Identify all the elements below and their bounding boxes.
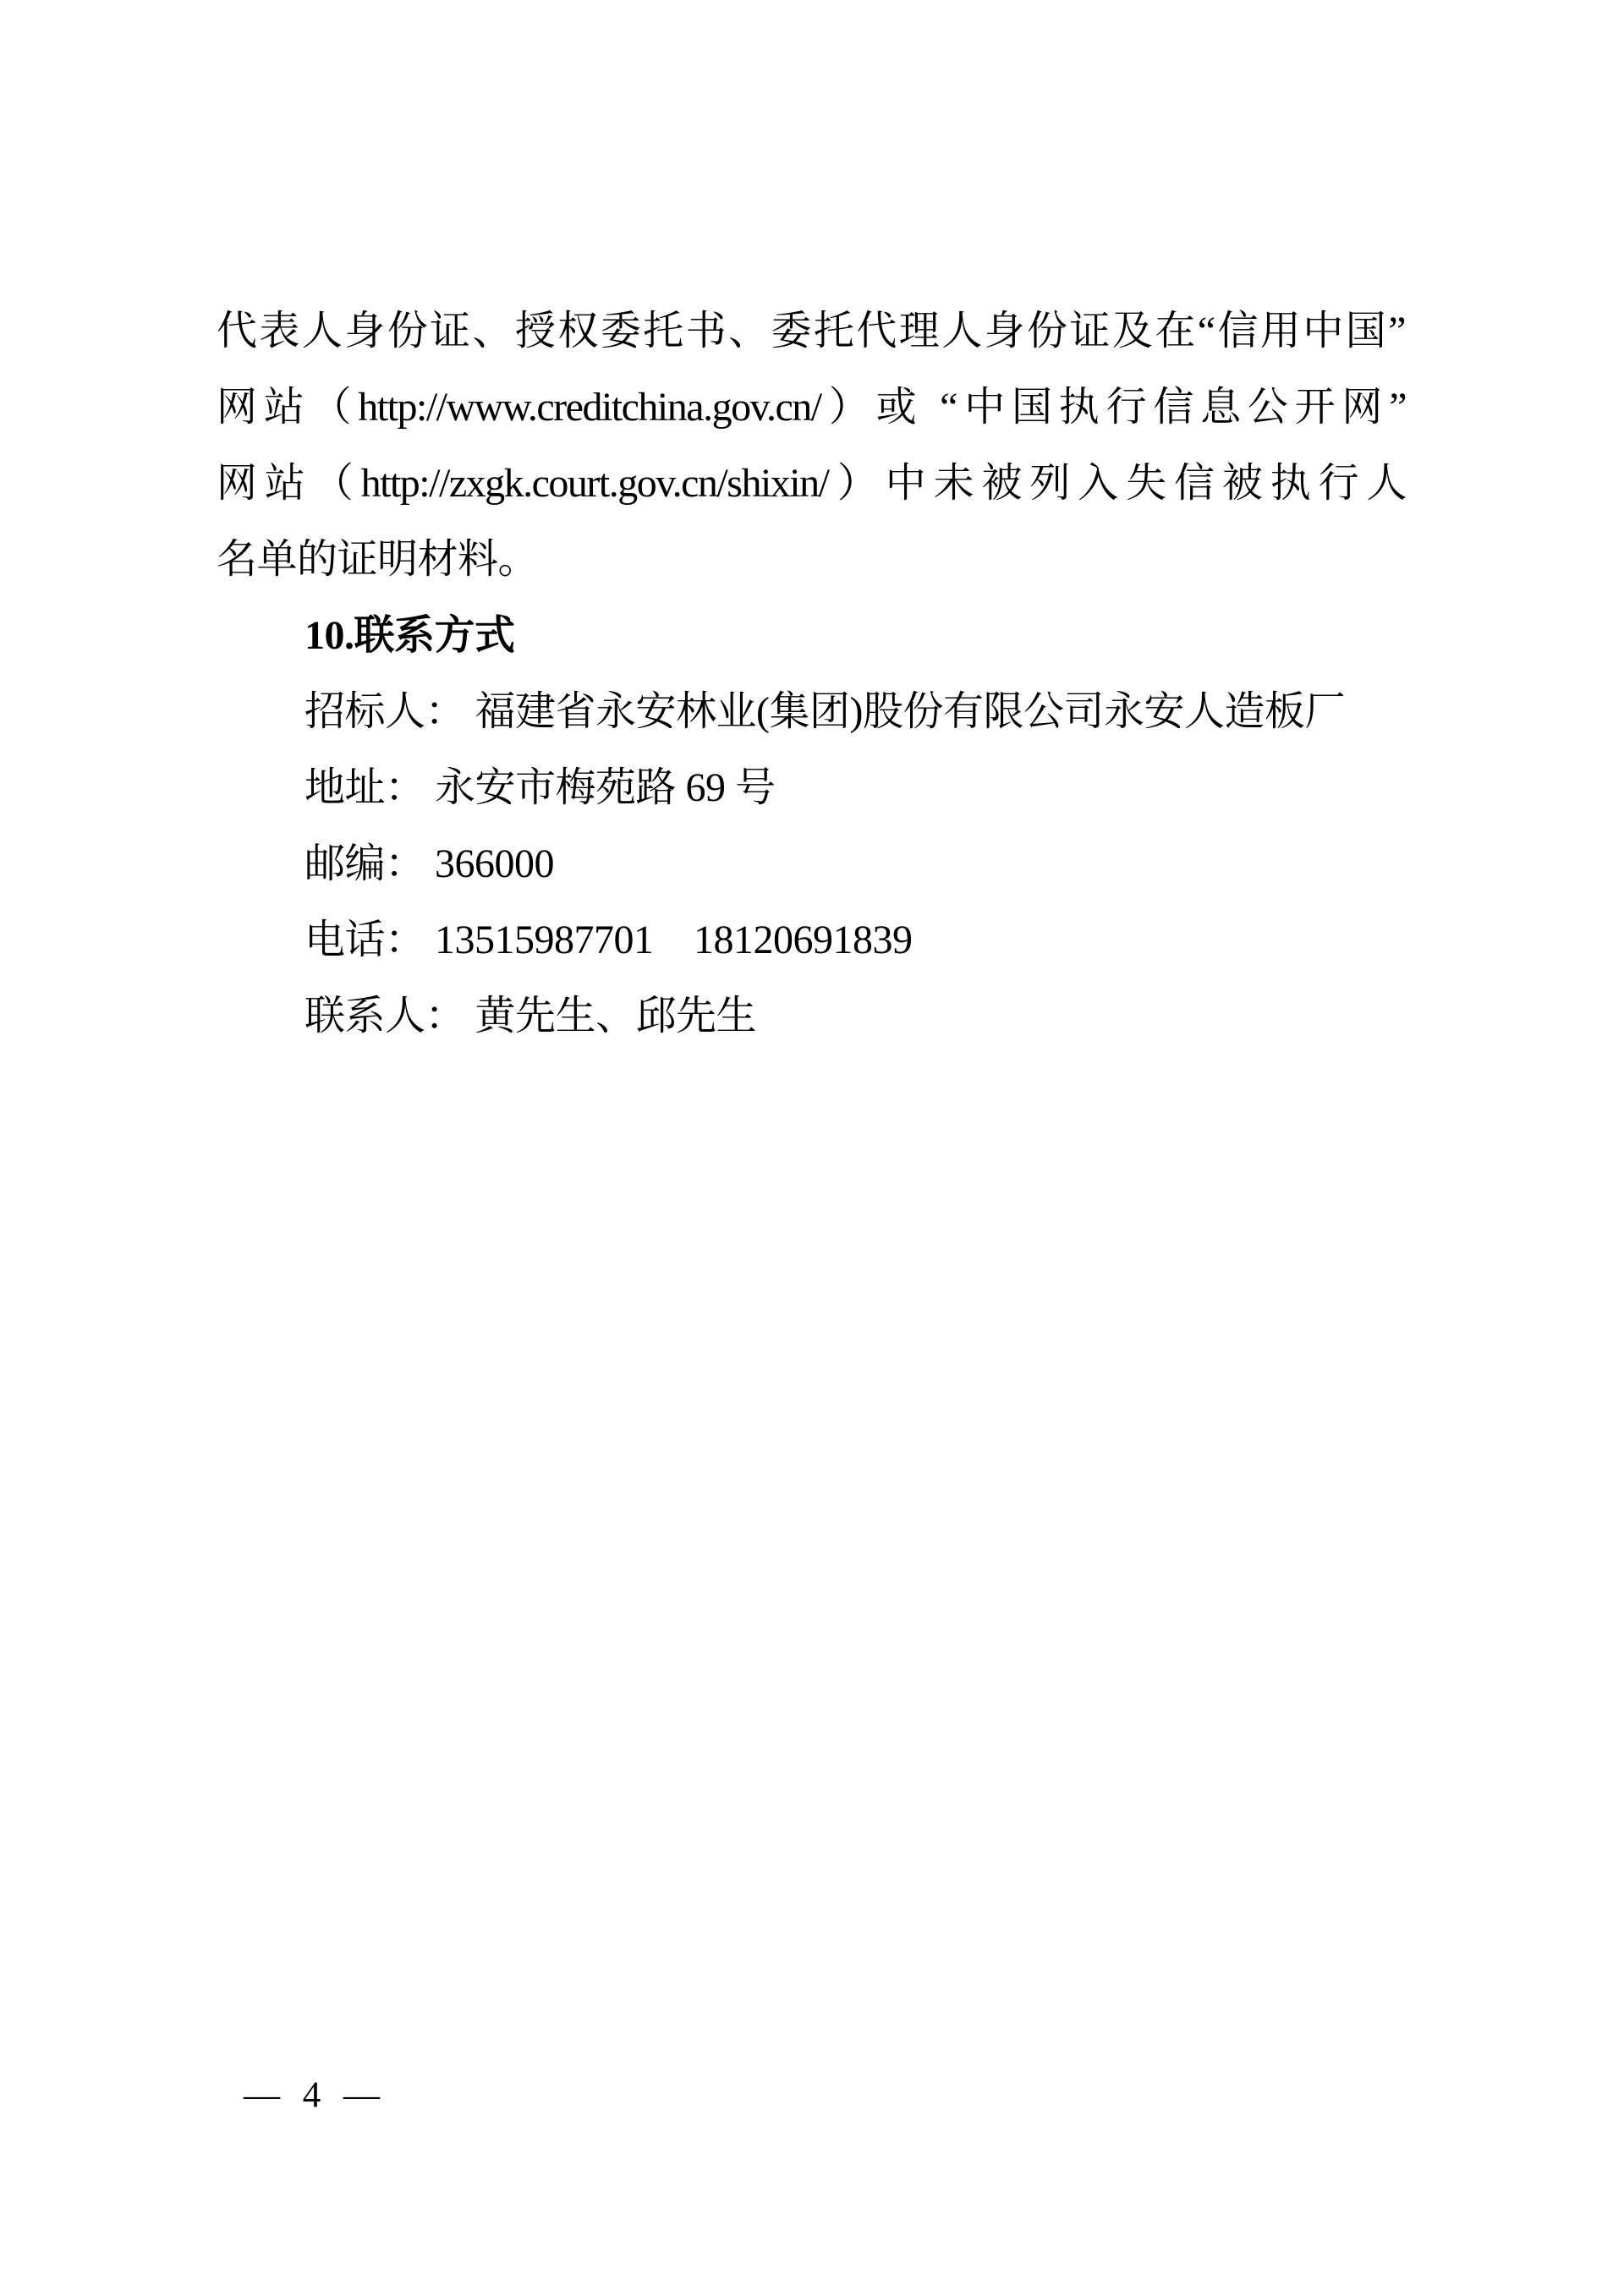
document-page: 代表人身份证、授权委托书、委托代理人身份证及在“信用中国” 网站（http://… — [0, 0, 1624, 2296]
document-body: 代表人身份证、授权委托书、委托代理人身份证及在“信用中国” 网站（http://… — [217, 293, 1406, 1055]
paragraph-line-4: 名单的证明材料。 — [217, 522, 1406, 598]
paragraph-line-2-creditchina-url: 网站（http://www.creditchina.gov.cn/）或 “中国执… — [217, 370, 1406, 446]
contact-line-postcode: 邮编： 366000 — [217, 826, 1406, 902]
paragraph-line-3-zxgk-url: 网站（http://zxgk.court.gov.cn/shixin/）中未被列… — [217, 446, 1406, 522]
contact-line-address: 地址： 永安市梅苑路 69 号 — [217, 750, 1406, 826]
page-number: — 4 — — [244, 2077, 382, 2113]
contact-line-bidder: 招标人： 福建省永安林业(集团)股份有限公司永安人造板厂 — [217, 674, 1406, 750]
paragraph-line-1: 代表人身份证、授权委托书、委托代理人身份证及在“信用中国” — [217, 293, 1406, 370]
contact-line-phone: 电话： 13515987701 18120691839 — [217, 902, 1406, 978]
contact-line-contact-persons: 联系人： 黄先生、邱先生 — [217, 978, 1406, 1055]
section-heading-contact-info: 10.联系方式 — [217, 598, 1406, 674]
